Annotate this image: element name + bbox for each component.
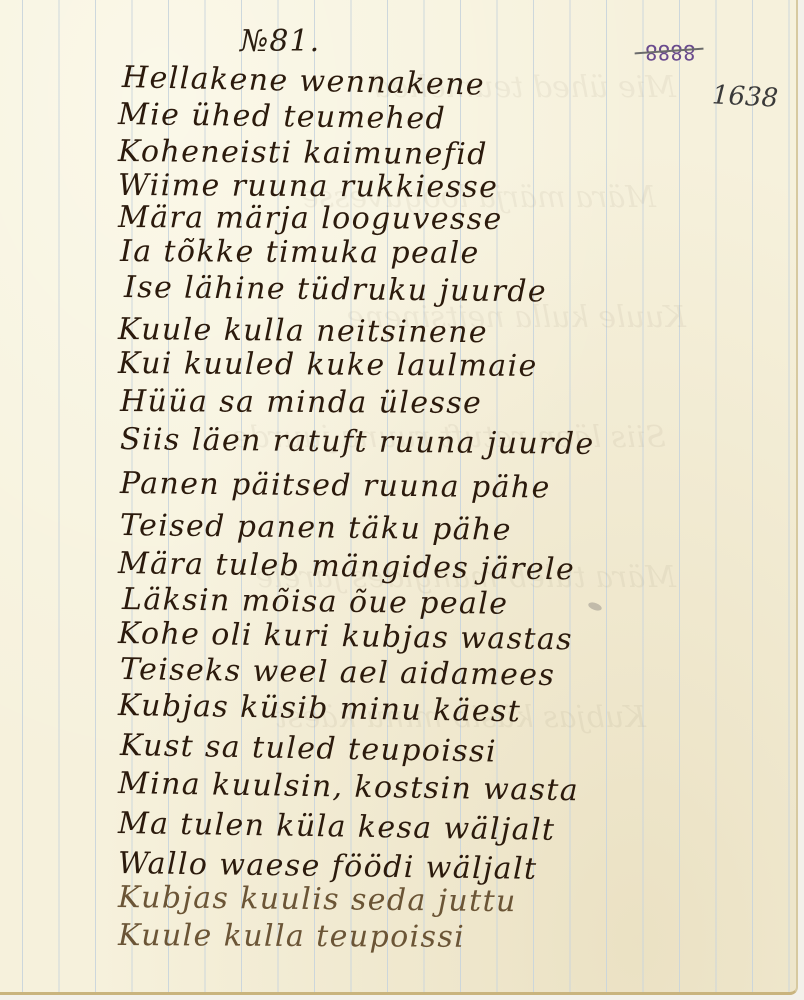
archive-page-number: 1638 <box>711 80 779 113</box>
verse-line-10: Hüüa sa minda ülesse <box>120 384 482 421</box>
verse-line-17: Teiseks weel ael aidamees <box>120 652 556 693</box>
verse-line-24: Kuule kulla teupoissi <box>118 918 465 955</box>
verse-line-9: Kui kuuled kuke laulmaie <box>118 346 538 384</box>
verse-line-8: Kuule kulla neitsinene <box>118 312 488 350</box>
verse-line-15: Läksin mõisa õue peale <box>122 582 509 622</box>
verse-line-7: Ise lähine tüdruku juurde <box>124 270 547 309</box>
verse-line-11: Siis läen ratuft ruuna juurde <box>120 422 595 462</box>
verse-line-3: Koheneisti kaimunefid <box>118 134 488 172</box>
verse-line-2: Mie ühed teumehed <box>118 97 447 137</box>
song-number-heading: №81. <box>240 24 320 59</box>
verse-line-18: Kubjas küsib minu käest <box>118 688 522 729</box>
verse-line-20: Mina kuulsin, kostsin wasta <box>118 766 580 808</box>
verse-line-14: Mära tuleb mängides järele <box>118 546 576 587</box>
verse-line-13: Teised panen täku pähe <box>120 508 512 548</box>
verse-line-16: Kohe oli kuri kubjas wastas <box>118 616 573 657</box>
manuscript-page: Mie ühed teumehed Mära märja looguvesse … <box>0 0 798 995</box>
verse-line-5: Mära märja looguvesse <box>118 200 503 237</box>
verse-line-23: Kubjas kuulis seda juttu <box>118 880 517 919</box>
crossed-stamp-number: 8888 <box>645 40 696 64</box>
verse-line-19: Kust sa tuled teupoissi <box>120 728 497 770</box>
verse-line-12: Panen päitsed ruuna pähe <box>120 466 551 506</box>
verse-line-21: Ma tulen küla kesa wäljalt <box>118 806 556 848</box>
verse-line-6: Ia tõkke timuka peale <box>120 234 480 271</box>
